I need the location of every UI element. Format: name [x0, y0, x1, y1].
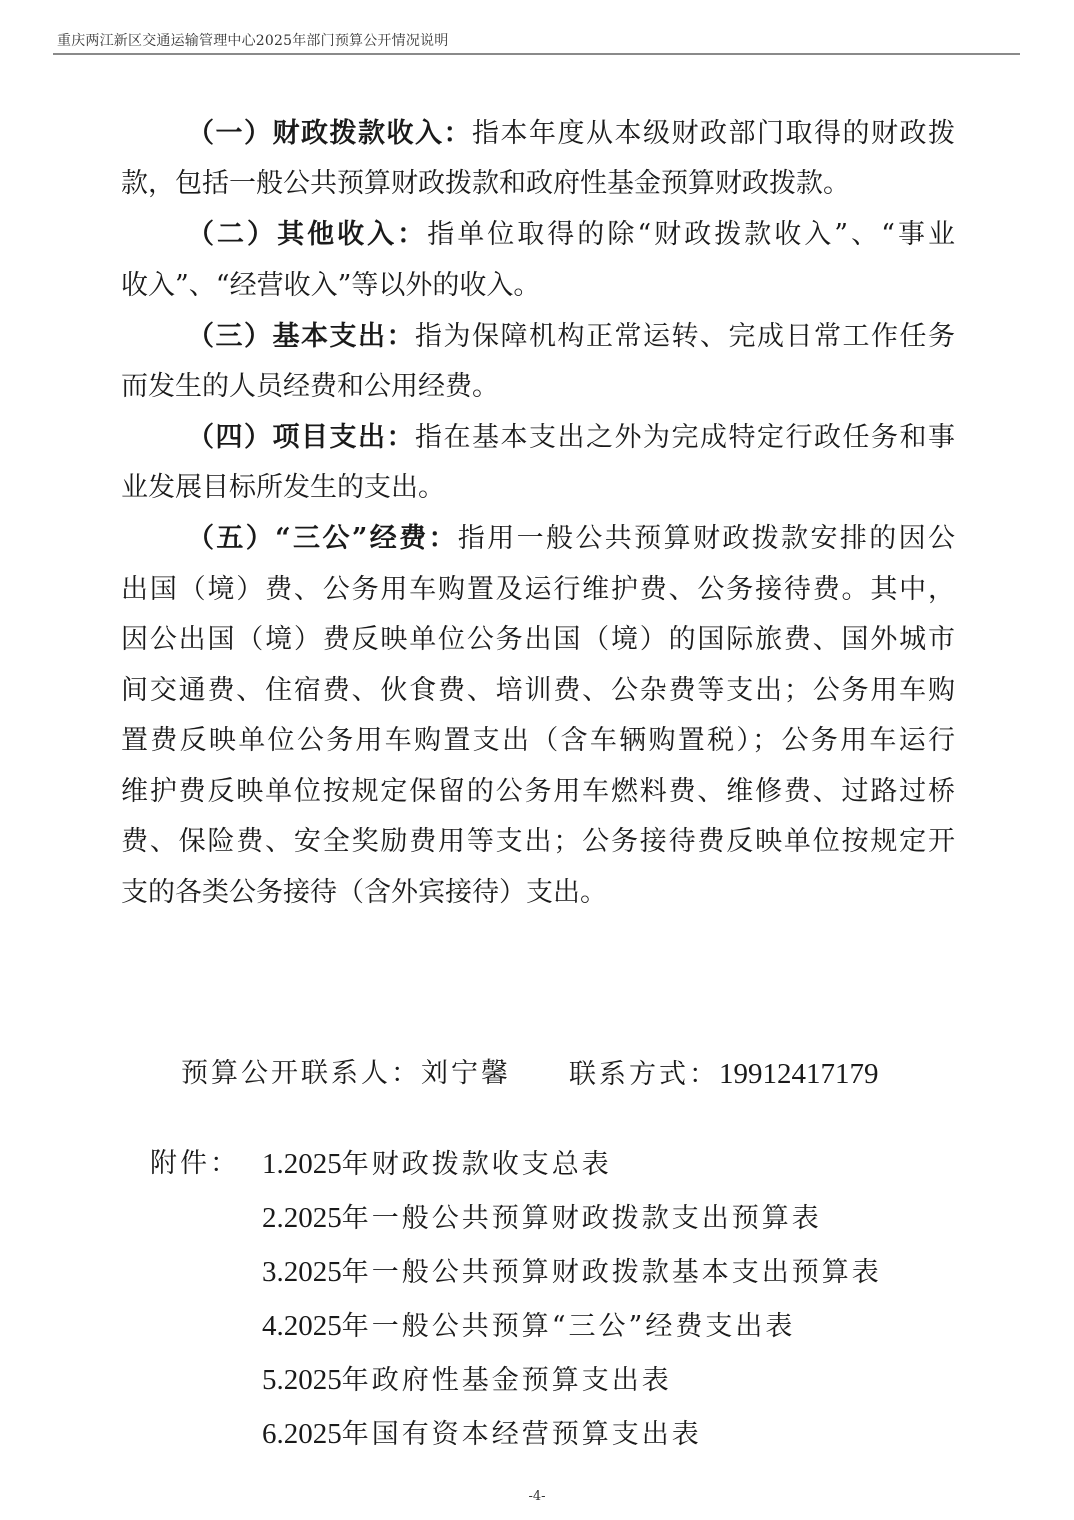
document-running-header: 重庆两江新区交通运输管理中心2025年部门预算公开情况说明	[57, 30, 448, 50]
contact-phone-label: 联系方式：	[569, 1059, 719, 1090]
definition-5-line-2: 出国（境）费、公务用车购置及运行维护费、公务接待费。其中，	[121, 573, 955, 607]
attachment-number: 2.2025	[262, 1202, 342, 1234]
definition-5-line-3: 因公出国（境）费反映单位公务出国（境）的国际旅费、国外城市	[121, 623, 955, 657]
definition-5-line-7: 费、保险费、安全奖励费用等支出；公务接待费反映单位按规定开	[121, 825, 955, 859]
attachment-item-6: 6.2025年国有资本经营预算支出表	[262, 1417, 702, 1452]
definition-3-heading: （三）基本支出：	[187, 321, 415, 352]
attachment-number: 4.2025	[262, 1310, 342, 1342]
attachment-title: 年政府性基金预算支出表	[342, 1365, 672, 1396]
definition-1-text: 指本年度从本级财政部门取得的财政拨	[472, 118, 955, 149]
definition-5-line-5: 置费反映单位公务用车购置支出（含车辆购置税）；公务用车运行	[121, 724, 955, 758]
definition-4-line-1: （四）项目支出：指在基本支出之外为完成特定行政任务和事	[187, 421, 955, 455]
attachment-item-2: 2.2025年一般公共预算财政拨款支出预算表	[262, 1201, 822, 1236]
definition-2-heading: （二）其他收入：	[187, 219, 427, 250]
attachment-item-4: 4.2025年一般公共预算“三公”经费支出表	[262, 1309, 795, 1344]
page-number: -4-	[0, 1489, 1074, 1504]
definition-3-line-1: （三）基本支出：指为保障机构正常运转、完成日常工作任务	[187, 320, 955, 354]
definition-5-heading: （五）“三公”经费：	[187, 523, 458, 554]
contact-person-name: 刘宁馨	[421, 1058, 511, 1089]
attachment-title: 年财政拨款收支总表	[342, 1149, 612, 1180]
attachment-item-5: 5.2025年政府性基金预算支出表	[262, 1363, 672, 1398]
contact-person: 预算公开联系人：刘宁馨	[181, 1057, 511, 1091]
attachment-number: 3.2025	[262, 1256, 342, 1288]
definition-3-text: 指为保障机构正常运转、完成日常工作任务	[415, 321, 955, 352]
attachment-number: 5.2025	[262, 1364, 342, 1396]
attachment-number: 6.2025	[262, 1418, 342, 1450]
definition-1-line-2: 款，包括一般公共预算财政拨款和政府性基金预算财政拨款。	[121, 167, 955, 201]
attachment-item-1: 1.2025年财政拨款收支总表	[262, 1147, 612, 1182]
contact-phone-number: 19912417179	[719, 1058, 879, 1090]
attachment-title: 年一般公共预算财政拨款支出预算表	[342, 1203, 822, 1234]
definition-4-text: 指在基本支出之外为完成特定行政任务和事	[415, 422, 955, 453]
definition-2-line-2: 收入”、“经营收入”等以外的收入。	[121, 269, 955, 303]
attachment-title: 年一般公共预算财政拨款基本支出预算表	[342, 1257, 882, 1288]
attachment-title: 年一般公共预算“三公”经费支出表	[342, 1311, 796, 1342]
definition-5-line-1: （五）“三公”经费：指用一般公共预算财政拨款安排的因公	[187, 522, 955, 556]
contact-person-label: 预算公开联系人：	[181, 1058, 421, 1089]
definition-5-text: 指用一般公共预算财政拨款安排的因公	[458, 523, 955, 554]
attachments-label: 附件：	[150, 1147, 240, 1181]
definition-5-line-4: 间交通费、住宿费、伙食费、培训费、公杂费等支出；公务用车购	[121, 674, 955, 708]
definition-1-heading: （一）财政拨款收入：	[187, 118, 472, 149]
attachment-item-3: 3.2025年一般公共预算财政拨款基本支出预算表	[262, 1255, 882, 1290]
contact-phone: 联系方式：19912417179	[569, 1057, 879, 1092]
definition-4-heading: （四）项目支出：	[187, 422, 415, 453]
definition-3-line-2: 而发生的人员经费和公用经费。	[121, 370, 955, 404]
definition-2-line-1: （二）其他收入：指单位取得的除“财政拨款收入”、“事业	[187, 218, 955, 252]
definition-5-line-8: 支的各类公务接待（含外宾接待）支出。	[121, 876, 955, 910]
definition-1-line-1: （一）财政拨款收入：指本年度从本级财政部门取得的财政拨	[187, 117, 955, 151]
attachment-title: 年国有资本经营预算支出表	[342, 1419, 702, 1450]
header-divider	[53, 53, 1020, 55]
attachment-number: 1.2025	[262, 1148, 342, 1180]
definition-2-text: 指单位取得的除“财政拨款收入”、“事业	[427, 219, 955, 250]
definition-4-line-2: 业发展目标所发生的支出。	[121, 471, 955, 505]
definition-5-line-6: 维护费反映单位按规定保留的公务用车燃料费、维修费、过路过桥	[121, 775, 955, 809]
